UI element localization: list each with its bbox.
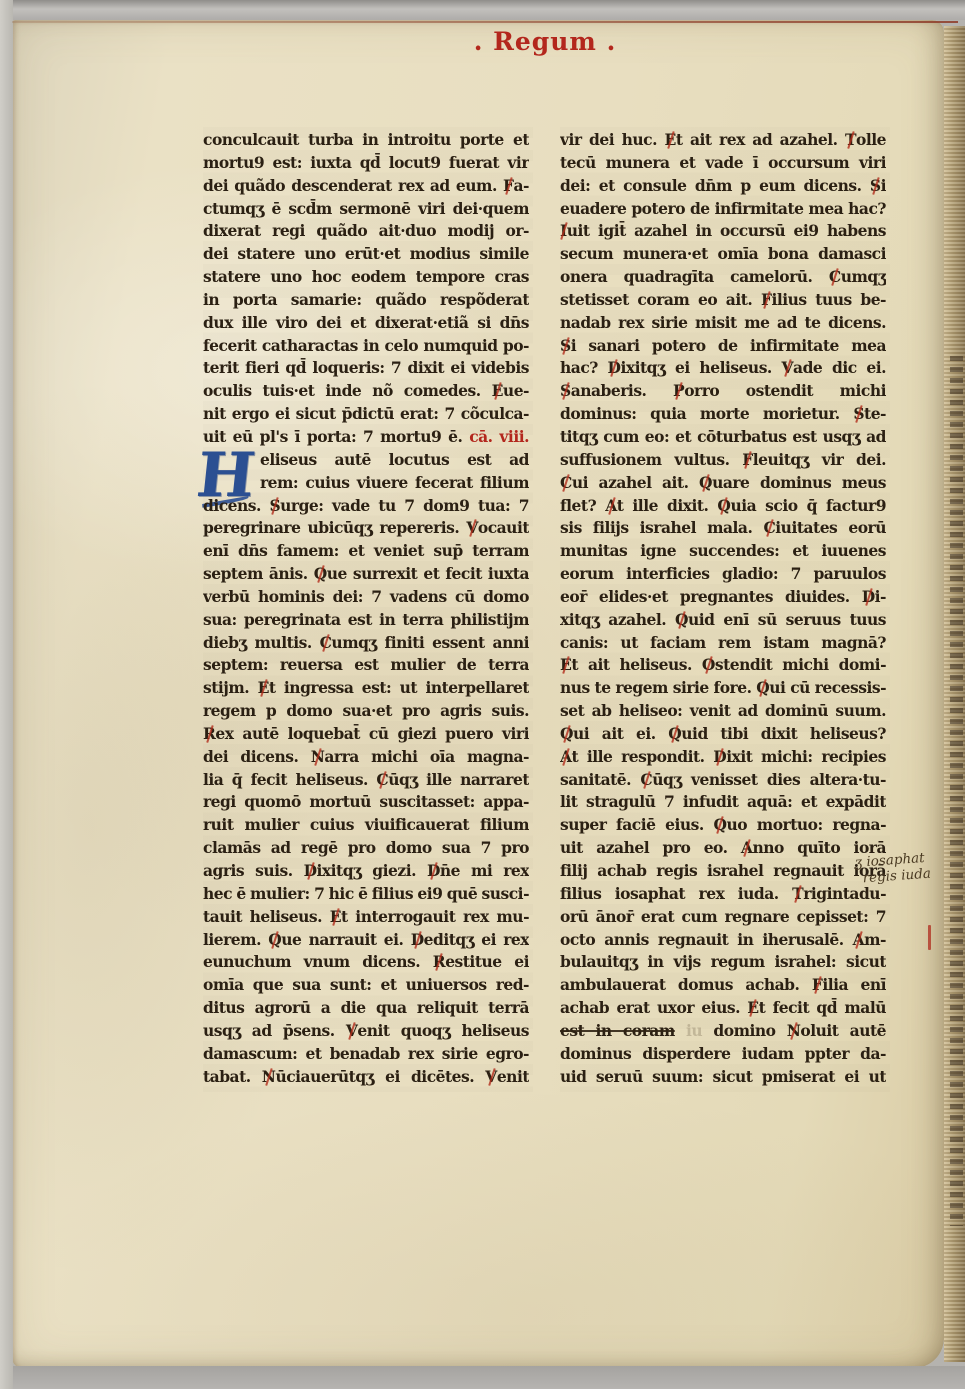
red-touched-capital: R — [433, 951, 445, 974]
text-segment: uit igit̄ azahel in occursū ei9 habens — [567, 221, 886, 240]
text-line: rem: cuius viuere fecerat filium — [203, 472, 529, 495]
text-line: onera quadragīta camelorū. Cumqʒ — [560, 266, 886, 289]
fore-edge-showthrough — [950, 356, 963, 1226]
text-segment: anaberis. — [571, 381, 673, 400]
text-segment: t ait heliseus. — [571, 655, 702, 674]
text-segment: ue narrauit ei. — [281, 930, 410, 949]
text-segment: munitas igne succendes: et iuuenes — [560, 541, 886, 560]
text-segment: tecū munera et vade ī occursum viri — [560, 153, 886, 172]
text-segment: verbū hominis dei: 7 vadens cū domo — [203, 587, 529, 606]
text-line: sua: peregrinata est in terra philistijm — [203, 609, 529, 632]
text-segment: vir dei huc. — [560, 130, 665, 149]
text-column-left: conculcauit turba in introitu porte etmo… — [203, 129, 529, 1088]
text-line: oculis tuis·et inde nõ comedes. Eue- — [203, 380, 529, 403]
text-segment: ui cū recessis- — [769, 678, 886, 697]
text-segment: dicens. — [203, 496, 269, 515]
text-line: dei: et consule dn̄m p eum dicens. Si — [560, 175, 886, 198]
text-segment: titqʒ cum eo: et cōturbatus est usqʒ ad — [560, 427, 886, 446]
text-line: filij achab regis israhel regnauit iorā — [560, 860, 886, 883]
text-segment: orū ānor̄ erat cum regnare cepisset: 7 — [560, 907, 886, 926]
text-segment: orro ostendit michi — [684, 381, 886, 400]
text-segment: uit azahel pro eo. — [560, 838, 741, 857]
text-line: septem ānis. Que surrexit et fecit iuxta — [203, 563, 529, 586]
text-line: eunuchum vnum dicens. Restitue ei — [203, 951, 529, 974]
red-touched-capital: F — [812, 974, 823, 997]
text-segment: tabat. — [203, 1067, 262, 1086]
text-line: bulauitqʒ in vijs regum israhel: sicut — [560, 951, 886, 974]
text-segment: septem ānis. — [203, 564, 314, 583]
text-segment: diebʒ multis. — [203, 633, 320, 652]
text-line: tauit heliseus. Et interrogauit rex mu- — [203, 906, 529, 929]
text-segment: uid tibi dixit heliseus? — [681, 724, 886, 743]
text-line: sanitatē. Cūqʒ venisset dies altera·tu- — [560, 769, 886, 792]
text-segment: terit fieri qd̄ loqueris: 7 dixit ei vid… — [203, 358, 529, 377]
text-line: Et ait heliseus. Ostendit michi domi- — [560, 654, 886, 677]
text-line: ruit mulier cuius viuificauerat filium — [203, 814, 529, 837]
page-scan: . Regum . H conculcauit turba in introit… — [0, 0, 965, 1389]
struck-text: est in coram — [560, 1021, 675, 1040]
red-touched-capital: Q — [713, 814, 726, 837]
text-segment: uia scio q̄ factur9 — [730, 496, 886, 515]
text-line: suffusionem vultus. Fleuitqʒ vir dei. — [560, 449, 886, 472]
chapter-rubric: cā. viii. — [469, 427, 529, 446]
red-touched-capital: V — [466, 517, 478, 540]
text-segment: flet? — [560, 496, 605, 515]
red-touched-capital: D — [411, 929, 424, 952]
text-line: regem p domo sua·et pro agris suis. — [203, 700, 529, 723]
text-segment: secum munera·et omīa bona damasci — [560, 244, 886, 263]
red-touched-capital: A — [605, 495, 617, 518]
text-line: Cui azahel ait. Quare dominus meus — [560, 472, 886, 495]
red-touched-capital: F — [761, 289, 772, 312]
text-segment: onera quadragīta camelorū. — [560, 267, 829, 286]
text-line: vir dei huc. Et ait rex ad azahel. Tolle — [560, 129, 886, 152]
text-segment: umqʒ finiti essent anni — [331, 633, 529, 652]
text-segment: statere uno hoc eodem tempore cras — [203, 267, 529, 286]
text-line: super faciē eius. Quo mortuo: regna- — [560, 814, 886, 837]
red-touched-capital: N — [262, 1066, 276, 1089]
text-segment: t fecit qd̄ malū — [759, 998, 886, 1017]
text-line: septem: reuersa est mulier de terra phil… — [203, 654, 529, 677]
text-segment: nadab rex sirie misit me ad te dicens. — [560, 313, 886, 332]
red-touched-capital: Q — [268, 929, 281, 952]
red-touched-capital: F — [503, 175, 514, 198]
red-touched-capital: D — [427, 860, 440, 883]
red-touched-capital: N — [787, 1020, 801, 1043]
erased-text: iu — [675, 1021, 714, 1040]
text-segment: peregrinare ubicūqʒ repereris. — [203, 518, 466, 537]
text-line: dux ille viro dei et dixerat·etiã si dn̄… — [203, 312, 529, 335]
text-line: lia q̄ fecit heliseus. Cūqʒ ille narrare… — [203, 769, 529, 792]
text-line: xitqʒ azahel. Quid enī sū seruus tuus — [560, 609, 886, 632]
text-line: Qui ait ei. Quid tibi dixit heliseus? — [560, 723, 886, 746]
text-line: tabat. Nūciauerūtqʒ ei dicētes. Venit — [203, 1066, 529, 1089]
text-line: uit eū pl's ī porta: 7 mortu9 ē. cā. vii… — [203, 426, 529, 449]
text-segment: uid enī sū seruus tuus — [688, 610, 886, 629]
text-segment: super faciē eius. — [560, 815, 713, 834]
text-segment: dominus: quia morte morietur. — [560, 404, 853, 423]
red-touched-capital: A — [853, 929, 865, 952]
text-line: nus te regem sirie fore. Qui cū recessis… — [560, 677, 886, 700]
text-segment: iuitates eorū — [775, 518, 886, 537]
text-line: enī dn̄s famem: et veniet sup̄ terram — [203, 540, 529, 563]
red-touched-capital: V — [782, 357, 794, 380]
text-segment: ixit michi: recipies — [726, 747, 886, 766]
text-line: lierem. Que narrauit ei. Deditqʒ ei rex — [203, 929, 529, 952]
text-segment: sis filijs israhel mala. — [560, 518, 763, 537]
red-touched-capital: T — [792, 883, 803, 906]
text-line: euadere potero de infirmitate mea hac? — [560, 198, 886, 221]
text-segment: t ingressa est: ut interpellaret — [269, 678, 529, 697]
text-segment: ocauit — [478, 518, 529, 537]
text-segment: lia q̄ fecit heliseus. — [203, 770, 376, 789]
red-edge-mark — [928, 925, 931, 950]
text-segment: conculcauit turba in introitu porte et — [203, 130, 529, 149]
text-line: peregrinare ubicūqʒ repereris. Vocauit — [203, 517, 529, 540]
text-segment: te- — [864, 404, 886, 423]
text-segment: usqʒ ad p̄sens. — [203, 1021, 346, 1040]
text-segment: ilius tuus be- — [771, 290, 886, 309]
text-column-right: vir dei huc. Et ait rex ad azahel. Tolle… — [560, 129, 886, 1088]
red-touched-capital: E — [492, 380, 503, 403]
text-line: sis filijs israhel mala. Ciuitates eorū — [560, 517, 886, 540]
text-line: flet? At ille dixit. Quia scio q̄ factur… — [560, 495, 886, 518]
text-segment: t ait rex ad azahel. — [676, 130, 845, 149]
text-line: dei quãdo descenderat rex ad eum. Fa- — [203, 175, 529, 198]
text-line: terit fieri qd̄ loqueris: 7 dixit ei vid… — [203, 357, 529, 380]
text-line: stijm. Et ingressa est: ut interpellaret — [203, 677, 529, 700]
text-line: filius iosaphat rex iuda. Trigintadu- — [560, 883, 886, 906]
text-segment: domino — [713, 1021, 786, 1040]
text-line: dominus: quia morte morietur. Ste- — [560, 403, 886, 426]
text-line: ambulauerat domus achab. Filia enī — [560, 974, 886, 997]
text-line: dei dicens. Narra michi oīa magna- — [203, 746, 529, 769]
red-touched-capital: V — [485, 1066, 497, 1089]
text-line: agris suis. Dixitqʒ giezi. Dn̄e mi rex — [203, 860, 529, 883]
red-touched-capital: A — [741, 837, 753, 860]
text-segment: ditus agrorū a die qua reliquit terrā — [203, 998, 529, 1017]
text-segment: ex autē loquebat̄ cū giezi puero viri — [215, 724, 529, 743]
text-line: achab erat uxor eius. Et fecit qd̄ malū — [560, 997, 886, 1020]
text-line: dixerat regi quãdo ait·duo modij or- — [203, 220, 529, 243]
text-line: canis: ut faciam rem istam magnā? — [560, 632, 886, 655]
text-segment: regi quomō mortuū suscitasset: appa- — [203, 792, 529, 811]
text-segment: dei: et consule dn̄m p eum dicens. — [560, 176, 870, 195]
text-line: dicens. Surge: vade tu 7 dom9 tua: 7 — [203, 495, 529, 518]
text-segment: filij achab regis israhel regnauit iorā — [560, 861, 886, 880]
red-touched-capital: F — [742, 449, 753, 472]
text-segment: dei dicens. — [203, 747, 311, 766]
text-segment: eor̄ elides·et pregnantes diuides. — [560, 587, 862, 606]
text-segment: eliseus autē locutus est ad mulie- — [260, 450, 529, 472]
red-touched-capital: Q — [756, 677, 769, 700]
text-segment: sanitatē. — [560, 770, 640, 789]
text-segment: olle — [856, 130, 886, 149]
text-line: Rex autē loquebat̄ cū giezi puero viri — [203, 723, 529, 746]
text-segment: ue- — [503, 381, 529, 400]
text-line: est in coram iu domino Noluit autē — [560, 1020, 886, 1043]
red-touched-capital: I — [560, 220, 567, 243]
red-touched-capital: Q — [675, 609, 688, 632]
text-line: Sanaberis. Porro ostendit michi — [560, 380, 886, 403]
red-touched-capital: D — [608, 357, 621, 380]
text-segment: rem: cuius viuere fecerat filium — [260, 473, 529, 492]
red-touched-capital: C — [829, 266, 841, 289]
red-touched-capital: Q — [668, 723, 681, 746]
text-line: omīa que sua sunt: et uniuersos red- — [203, 974, 529, 997]
text-segment: ui azahel ait. — [572, 473, 699, 492]
red-touched-capital: O — [702, 654, 715, 677]
text-line: conculcauit turba in introitu porte et — [203, 129, 529, 152]
text-segment: lit stragulū 7 infudit aquā: et expādit — [560, 792, 886, 811]
text-segment: dei statere uno erūt·et modius simile — [203, 244, 529, 263]
text-segment: hec ē mulier: 7 hic ē filius ei9 quē sus… — [203, 884, 529, 903]
red-touched-capital: C — [560, 472, 572, 495]
text-line: munitas igne succendes: et iuuenes — [560, 540, 886, 563]
red-touched-capital: E — [330, 906, 341, 929]
red-touched-capital: C — [763, 517, 775, 540]
text-line: eliseus autē locutus est ad mulie- — [203, 449, 529, 472]
text-segment: euadere potero de infirmitate mea hac? — [560, 199, 886, 218]
text-segment: ixitqʒ ei heliseus. — [620, 358, 781, 377]
text-line: regi quomō mortuū suscitasset: appa- — [203, 791, 529, 814]
text-segment: hac? — [560, 358, 608, 377]
text-segment: uid seruū suum: sicut pmiserat ei ut — [560, 1067, 886, 1086]
text-segment: sua: peregrinata est in terra philistijm — [203, 610, 529, 629]
red-touched-capital: S — [560, 335, 571, 358]
text-segment: nus te regem sirie fore. — [560, 678, 756, 697]
text-segment: urge: vade tu 7 dom9 tua: 7 — [280, 496, 529, 515]
red-touched-capital: E — [258, 677, 269, 700]
text-segment: eorum interficies gladio: 7 paruulos — [560, 564, 886, 583]
text-segment: uare dominus meus — [712, 473, 886, 492]
text-segment: oculis tuis·et inde nõ comedes. — [203, 381, 492, 400]
text-line: eorum interficies gladio: 7 paruulos — [560, 563, 886, 586]
text-segment: uo mortuo: regna- — [727, 815, 887, 834]
text-line: hec ē mulier: 7 hic ē filius ei9 quē sus… — [203, 883, 529, 906]
text-line: in porta samarie: quãdo respõderat — [203, 289, 529, 312]
text-segment: editqʒ ei rex — [424, 930, 529, 949]
text-segment: regem p domo sua·et pro agris suis. — [203, 701, 529, 720]
red-touched-capital: V — [346, 1020, 358, 1043]
red-touched-capital: A — [560, 746, 572, 769]
text-line: Si sanari potero de infirmitate mea — [560, 335, 886, 358]
red-touched-capital: D — [862, 586, 875, 609]
red-touched-capital: S — [853, 403, 864, 426]
text-segment: a- — [514, 176, 529, 195]
text-segment: in porta samarie: quãdo respõderat — [203, 290, 529, 309]
text-line: hac? Dixitqʒ ei heliseus. Vade dic ei. — [560, 357, 886, 380]
red-touched-capital: T — [845, 129, 856, 152]
text-segment: t ille dixit. — [617, 496, 718, 515]
red-touched-capital: S — [560, 380, 571, 403]
red-touched-capital: E — [747, 997, 758, 1020]
red-touched-capital: S — [269, 495, 280, 518]
red-touched-capital: C — [320, 632, 332, 655]
text-segment: i — [881, 176, 886, 195]
text-segment: ade dic ei. — [793, 358, 886, 377]
text-segment: ilia enī — [822, 975, 886, 994]
text-segment: canis: ut faciam rem istam magnā? — [560, 633, 886, 652]
red-touched-capital: S — [870, 175, 881, 198]
text-line: usqʒ ad p̄sens. Venit quoqʒ heliseus — [203, 1020, 529, 1043]
text-line: set ab heliseo: venit ad dominū suum. — [560, 700, 886, 723]
text-segment: m- — [864, 930, 886, 949]
text-segment: suffusionem vultus. — [560, 450, 742, 469]
red-touched-capital: N — [311, 746, 325, 769]
text-line: diebʒ multis. Cumqʒ finiti essent anni — [203, 632, 529, 655]
text-line: nadab rex sirie misit me ad te dicens. — [560, 312, 886, 335]
text-segment: arra michi oīa magna- — [324, 747, 529, 766]
text-segment: rigintadu- — [803, 884, 886, 903]
text-segment: enī dn̄s famem: et veniet sup̄ terram — [203, 541, 529, 560]
running-header: . Regum . — [430, 27, 660, 56]
red-touched-capital: Q — [560, 723, 573, 746]
red-touched-capital: Q — [717, 495, 730, 518]
red-touched-capital: D — [304, 860, 317, 883]
text-segment: oluit autē — [800, 1021, 886, 1040]
text-line: Iuit igit̄ azahel in occursū ei9 habens — [560, 220, 886, 243]
red-touched-capital: Q — [699, 472, 712, 495]
text-line: stetisset coram eo ait. Filius tuus be- — [560, 289, 886, 312]
text-segment: leuitqʒ vir dei. — [753, 450, 886, 469]
text-segment: ctumqʒ ē scd̄m sermonē viri dei·quem — [203, 199, 529, 218]
red-touched-capital: E — [560, 654, 571, 677]
text-line: clamās ad regē pro domo sua 7 pro — [203, 837, 529, 860]
text-segment: bulauitqʒ in vijs regum israhel: sicut — [560, 952, 886, 971]
text-segment: enit — [497, 1067, 529, 1086]
text-line: octo annis regnauit in iherusalē. Am- — [560, 929, 886, 952]
text-segment: ūqʒ ille narraret — [388, 770, 529, 789]
text-segment: tauit heliseus. — [203, 907, 330, 926]
text-segment: enit quoqʒ heliseus — [357, 1021, 529, 1040]
text-segment: filius iosaphat rex iuda. — [560, 884, 792, 903]
text-line: nit ergo ei sicut p̄dictū erat: 7 cõculc… — [203, 403, 529, 426]
scanner-background-bottom — [0, 1366, 965, 1389]
text-segment: estitue ei — [445, 952, 529, 971]
text-line: mortu9 est: iuxta qd̄ locut9 fuerat vir — [203, 152, 529, 175]
scanner-background-left — [0, 0, 13, 1389]
red-touched-capital: C — [376, 769, 388, 792]
text-segment: octo annis regnauit in iherusalē. — [560, 930, 853, 949]
text-segment: n̄e mi rex — [440, 861, 529, 880]
text-segment: dixerat regi quãdo ait·duo modij or- — [203, 221, 529, 240]
text-segment: nit ergo ei sicut p̄dictū erat: 7 cõculc… — [203, 404, 529, 423]
text-line: secum munera·et omīa bona damasci — [560, 243, 886, 266]
text-segment: dei quãdo descenderat rex ad eum. — [203, 176, 503, 195]
text-segment: i sanari potero de infirmitate mea — [571, 336, 886, 355]
text-line: uit azahel pro eo. Anno quīto iorā — [560, 837, 886, 860]
text-line: fecerit catharactas in celo numquid po- — [203, 335, 529, 358]
text-segment: ūqʒ venisset dies altera·tu- — [652, 770, 886, 789]
text-segment: lierem. — [203, 930, 268, 949]
text-line: ctumqʒ ē scd̄m sermonē viri dei·quem — [203, 198, 529, 221]
text-segment: damascum: et benadab rex sirie egro- — [203, 1044, 529, 1063]
red-touched-capital: E — [665, 129, 676, 152]
text-line: dei statere uno erūt·et modius simile — [203, 243, 529, 266]
text-line: orū ānor̄ erat cum regnare cepisset: 7 — [560, 906, 886, 929]
text-segment: achab erat uxor eius. — [560, 998, 747, 1017]
text-line: dominus disperdere iudam ppter da- — [560, 1043, 886, 1066]
text-segment: stendit michi domi- — [715, 655, 886, 674]
red-touched-capital: P — [673, 380, 684, 403]
text-segment: ūciauerūtqʒ ei dicētes. — [275, 1067, 485, 1086]
fore-edge-pages — [944, 26, 965, 1362]
text-segment: dominus disperdere iudam ppter da- — [560, 1044, 886, 1063]
text-line: uid seruū suum: sicut pmiserat ei ut — [560, 1066, 886, 1089]
red-touched-capital: R — [203, 723, 215, 746]
text-line: eor̄ elides·et pregnantes diuides. Di- — [560, 586, 886, 609]
text-line: verbū hominis dei: 7 vadens cū domo — [203, 586, 529, 609]
scanner-background-top — [0, 0, 965, 20]
text-segment: t interrogauit rex mu- — [341, 907, 529, 926]
text-segment: ixitqʒ giezi. — [317, 861, 427, 880]
text-segment: umqʒ — [841, 267, 886, 286]
text-line: ditus agrorū a die qua reliquit terrā — [203, 997, 529, 1020]
text-line: damascum: et benadab rex sirie egro- — [203, 1043, 529, 1066]
text-segment: ue surrexit et fecit iuxta — [327, 564, 529, 583]
red-touched-capital: Q — [314, 563, 327, 586]
red-touched-capital: C — [640, 769, 652, 792]
text-segment: septem: reuersa est mulier de terra phil… — [203, 655, 529, 677]
page-top-edge-line — [12, 21, 958, 23]
text-segment: dux ille viro dei et dixerat·etiã si dn̄… — [203, 313, 529, 332]
text-segment: eunuchum vnum dicens. — [203, 952, 433, 971]
text-segment: omīa que sua sunt: et uniuersos red- — [203, 975, 529, 994]
red-touched-capital: D — [713, 746, 726, 769]
text-line: statere uno hoc eodem tempore cras — [203, 266, 529, 289]
text-segment: t ille respondit. — [572, 747, 714, 766]
text-segment: xitqʒ azahel. — [560, 610, 675, 629]
text-segment: stijm. — [203, 678, 258, 697]
text-line: At ille respondit. Dixit michi: recipies — [560, 746, 886, 769]
text-segment: stetisset coram eo ait. — [560, 290, 761, 309]
text-line: titqʒ cum eo: et cōturbatus est usqʒ ad — [560, 426, 886, 449]
text-line: tecū munera et vade ī occursum viri — [560, 152, 886, 175]
text-segment: clamās ad regē pro domo sua 7 pro — [203, 838, 529, 857]
text-segment: ui ait ei. — [573, 724, 668, 743]
text-segment: uit eū pl's ī porta: 7 mortu9 ē. — [203, 427, 469, 446]
text-line: lit stragulū 7 infudit aquā: et expādit — [560, 791, 886, 814]
text-segment: i- — [875, 587, 886, 606]
text-segment: mortu9 est: iuxta qd̄ locut9 fuerat vir — [203, 153, 529, 172]
text-segment: ruit mulier cuius viuificauerat filium — [203, 815, 529, 834]
text-segment: fecerit catharactas in celo numquid po- — [203, 336, 529, 355]
text-segment: agris suis. — [203, 861, 304, 880]
text-segment: ambulauerat domus achab. — [560, 975, 812, 994]
text-segment: set ab heliseo: venit ad dominū suum. — [560, 701, 886, 720]
